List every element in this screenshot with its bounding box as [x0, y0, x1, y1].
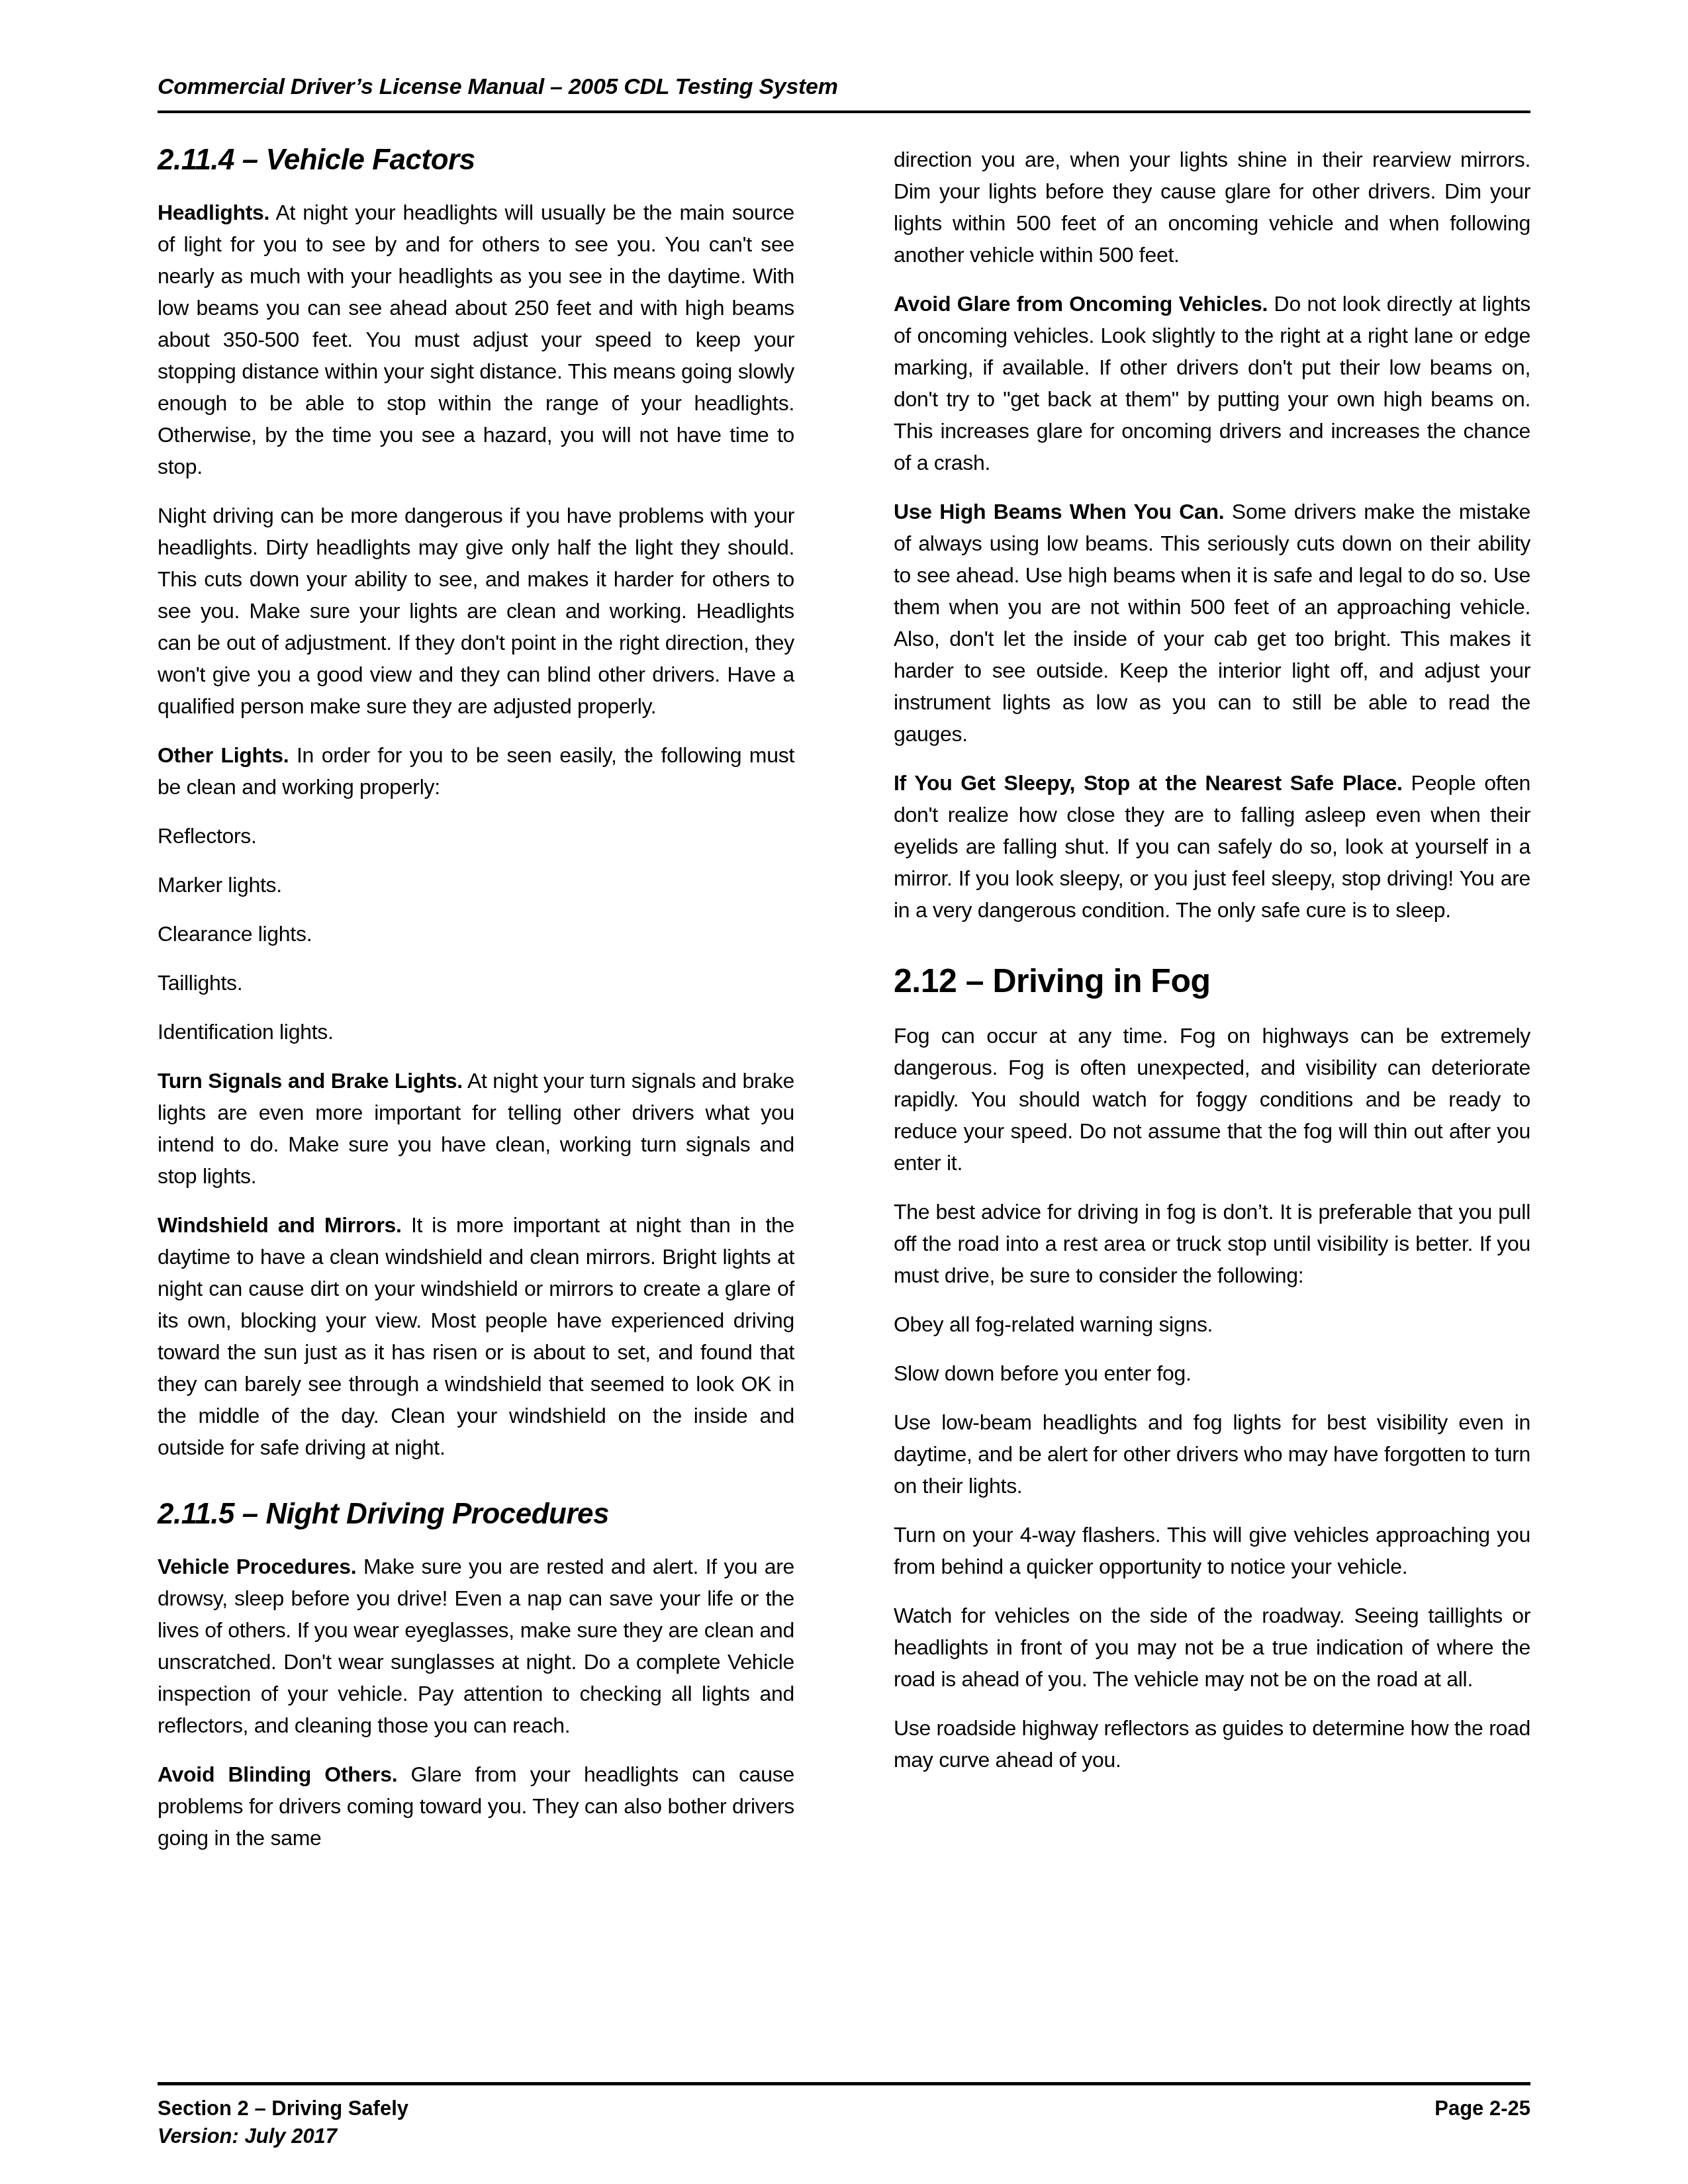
document-header: Commercial Driver’s License Manual – 200… — [158, 74, 1530, 113]
paragraph-fog-advice: The best advice for driving in fog is do… — [894, 1196, 1530, 1291]
paragraph-fog-intro: Fog can occur at any time. Fog on highwa… — [894, 1020, 1530, 1179]
list-item: Obey all fog-related warning signs. — [894, 1308, 1530, 1340]
list-item: Taillights. — [158, 967, 794, 999]
list-item: Identification lights. — [158, 1016, 794, 1048]
content-columns: 2.11.4 – Vehicle Factors Headlights. At … — [158, 144, 1530, 1871]
left-column: 2.11.4 – Vehicle Factors Headlights. At … — [158, 144, 794, 1871]
paragraph-text: Do not look directly at lights of oncomi… — [894, 292, 1530, 475]
list-item: Use low-beam headlights and fog lights f… — [894, 1406, 1530, 1502]
footer-page-number: Page 2-25 — [1434, 2095, 1530, 2122]
document-title: Commercial Driver’s License Manual – 200… — [158, 74, 1530, 100]
list-item: Use roadside highway reflectors as guide… — [894, 1712, 1530, 1776]
paragraph-avoid-glare: Avoid Glare from Oncoming Vehicles. Do n… — [894, 288, 1530, 478]
paragraph-lead: Avoid Blinding Others. — [158, 1762, 397, 1786]
footer-section-title: Section 2 – Driving Safely — [158, 2095, 408, 2122]
paragraph-lead: Other Lights. — [158, 743, 289, 767]
paragraph-other-lights: Other Lights. In order for you to be see… — [158, 739, 794, 803]
paragraph-lead: Headlights. — [158, 201, 269, 224]
list-item: Watch for vehicles on the side of the ro… — [894, 1600, 1530, 1695]
paragraph-text: Make sure you are rested and alert. If y… — [158, 1555, 794, 1737]
paragraph-lead: Windshield and Mirrors. — [158, 1213, 402, 1237]
right-column: direction you are, when your lights shin… — [894, 144, 1530, 1871]
paragraph-headlights: Headlights. At night your headlights wil… — [158, 197, 794, 482]
footer-row: Section 2 – Driving Safely Version: July… — [158, 2095, 1530, 2150]
document-page: Commercial Driver’s License Manual – 200… — [0, 0, 1688, 2184]
paragraph-text: Some drivers make the mistake of always … — [894, 500, 1530, 746]
heading-vehicle-factors: 2.11.4 – Vehicle Factors — [158, 144, 794, 177]
list-item: Clearance lights. — [158, 918, 794, 950]
paragraph-text: At night your headlights will usually be… — [158, 201, 794, 478]
paragraph-turn-signals: Turn Signals and Brake Lights. At night … — [158, 1065, 794, 1192]
list-item: Reflectors. — [158, 820, 794, 852]
footer: Section 2 – Driving Safely Version: July… — [158, 2082, 1530, 2150]
heading-night-driving-procedures: 2.11.5 – Night Driving Procedures — [158, 1498, 794, 1531]
footer-rule — [158, 2082, 1530, 2085]
heading-driving-in-fog: 2.12 – Driving in Fog — [894, 962, 1530, 1000]
paragraph-night-driving: Night driving can be more dangerous if y… — [158, 500, 794, 722]
paragraph-if-you-get-sleepy: If You Get Sleepy, Stop at the Nearest S… — [894, 767, 1530, 926]
list-item: Turn on your 4-way flashers. This will g… — [894, 1519, 1530, 1582]
paragraph-windshield-mirrors: Windshield and Mirrors. It is more impor… — [158, 1209, 794, 1463]
list-item: Slow down before you enter fog. — [894, 1357, 1530, 1389]
paragraph-lead: Vehicle Procedures. — [158, 1555, 356, 1578]
paragraph-use-high-beams: Use High Beams When You Can. Some driver… — [894, 496, 1530, 750]
paragraph-avoid-blinding: Avoid Blinding Others. Glare from your h… — [158, 1758, 794, 1854]
paragraph-direction-continuation: direction you are, when your lights shin… — [894, 144, 1530, 271]
paragraph-lead: Use High Beams When You Can. — [894, 500, 1224, 523]
paragraph-text: It is more important at night than in th… — [158, 1213, 794, 1459]
list-item: Marker lights. — [158, 869, 794, 901]
paragraph-lead: Avoid Glare from Oncoming Vehicles. — [894, 292, 1268, 316]
paragraph-vehicle-procedures: Vehicle Procedures. Make sure you are re… — [158, 1551, 794, 1741]
paragraph-lead: If You Get Sleepy, Stop at the Nearest S… — [894, 771, 1403, 795]
paragraph-lead: Turn Signals and Brake Lights. — [158, 1069, 463, 1093]
header-rule — [158, 111, 1530, 113]
footer-version: Version: July 2017 — [158, 2122, 408, 2150]
footer-left: Section 2 – Driving Safely Version: July… — [158, 2095, 408, 2150]
